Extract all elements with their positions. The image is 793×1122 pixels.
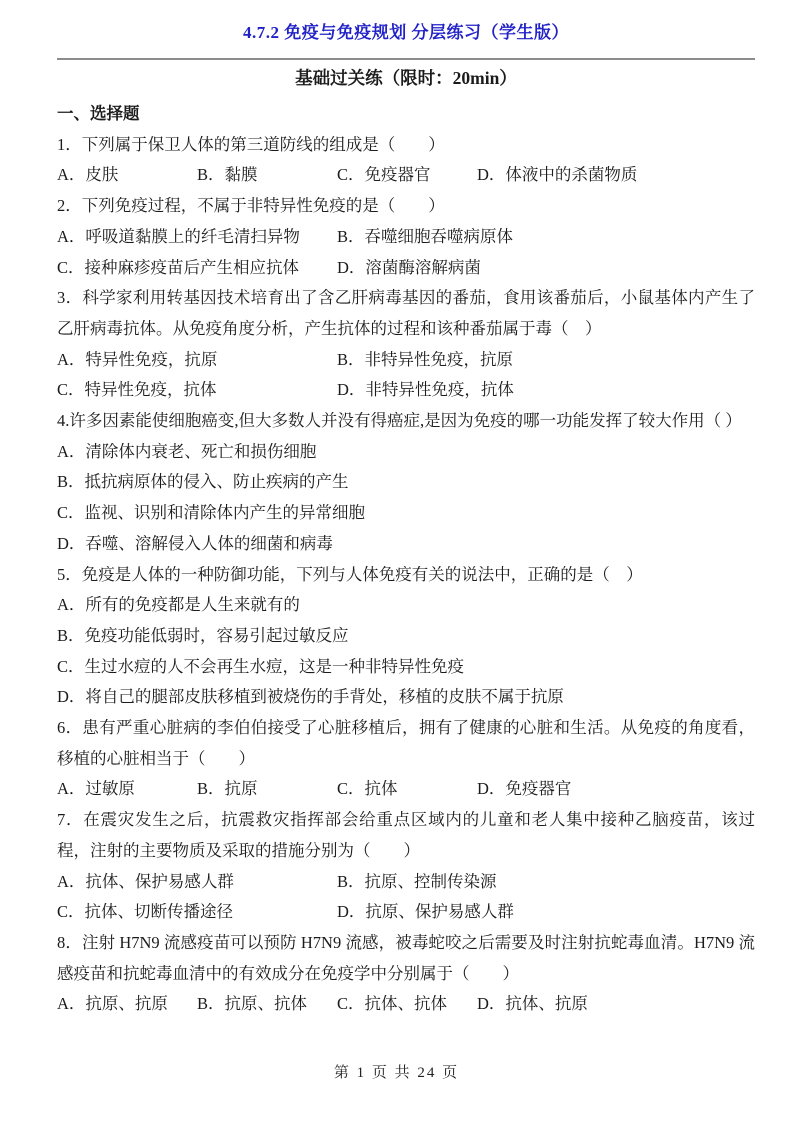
question-block-4: 4.许多因素能使细胞癌变,但大多数人并没有得癌症,是因为免疫的哪一功能发挥了较大…	[57, 406, 755, 560]
question-stem: 1．下列属于保卫人体的第三道防线的组成是（ ）	[57, 130, 755, 161]
part-heading: 一、选择题	[57, 99, 755, 130]
option: B．抗原	[197, 774, 337, 805]
question-block-5: 5．免疫是人体的一种防御功能，下列与人体免疫有关的说法中，正确的是（ ） A．所…	[57, 560, 755, 714]
option: A．呼吸道黏膜上的纤毛清扫异物	[57, 222, 337, 253]
options-row: A．呼吸道黏膜上的纤毛清扫异物 B．吞噬细胞吞噬病原体	[57, 222, 755, 253]
option: B．抗原、控制传染源	[337, 867, 755, 898]
question-stem: 5．免疫是人体的一种防御功能，下列与人体免疫有关的说法中，正确的是（ ）	[57, 560, 755, 591]
question-stem: 6．患有严重心脏病的李伯伯接受了心脏移植后，拥有了健康的心脏和生活。从免疫的角度…	[57, 713, 755, 774]
option: C．生过水痘的人不会再生水痘，这是一种非特异性免疫	[57, 652, 755, 683]
options-row: A．抗体、保护易感人群 B．抗原、控制传染源	[57, 867, 755, 898]
option: D．体液中的杀菌物质	[477, 160, 755, 191]
option: C．特异性免疫，抗体	[57, 375, 337, 406]
question-stem: 3．科学家利用转基因技术培育出了含乙肝病毒基因的番茄，食用该番茄后，小鼠基体内产…	[57, 283, 755, 344]
options-row: A．过敏原 B．抗原 C．抗体 D．免疫器官	[57, 774, 755, 805]
options-row: C．接种麻疹疫苗后产生相应抗体 D．溶菌酶溶解病菌	[57, 253, 755, 284]
question-block-7: 7．在震灾发生之后，抗震救灾指挥部会给重点区域内的儿童和老人集中接种乙脑疫苗，该…	[57, 805, 755, 928]
option: D．将自己的腿部皮肤移植到被烧伤的手背处，移植的皮肤不属于抗原	[57, 682, 755, 713]
option: A．过敏原	[57, 774, 197, 805]
option: C．抗体	[337, 774, 477, 805]
divider	[57, 58, 755, 60]
document-page: 4.7.2 免疫与免疫规划 分层练习（学生版） 基础过关练（限时：20min） …	[0, 0, 793, 1122]
option: D．抗原、保护易感人群	[337, 897, 755, 928]
options-row: A．特异性免疫，抗原 B．非特异性免疫，抗原	[57, 345, 755, 376]
option: A．抗原、抗原	[57, 989, 197, 1020]
option: D．非特异性免疫，抗体	[337, 375, 755, 406]
option: B．免疫功能低弱时，容易引起过敏反应	[57, 621, 755, 652]
question-block-1: 1．下列属于保卫人体的第三道防线的组成是（ ） A．皮肤 B．黏膜 C．免疫器官…	[57, 130, 755, 191]
page-footer: 第 1 页 共 24 页	[0, 1061, 793, 1082]
doc-title: 4.7.2 免疫与免疫规划 分层练习（学生版）	[57, 20, 755, 46]
question-stem: 8．注射 H7N9 流感疫苗可以预防 H7N9 流感，被毒蛇咬之后需要及时注射抗…	[57, 928, 755, 989]
option: B．抗原、抗体	[197, 989, 337, 1020]
option: C．接种麻疹疫苗后产生相应抗体	[57, 253, 337, 284]
option: C．抗体、抗体	[337, 989, 477, 1020]
option: A．抗体、保护易感人群	[57, 867, 337, 898]
option: C．免疫器官	[337, 160, 477, 191]
options-row: C．特异性免疫，抗体 D．非特异性免疫，抗体	[57, 375, 755, 406]
question-block-6: 6．患有严重心脏病的李伯伯接受了心脏移植后，拥有了健康的心脏和生活。从免疫的角度…	[57, 713, 755, 805]
question-block-3: 3．科学家利用转基因技术培育出了含乙肝病毒基因的番茄，食用该番茄后，小鼠基体内产…	[57, 283, 755, 406]
options-row: A．皮肤 B．黏膜 C．免疫器官 D．体液中的杀菌物质	[57, 160, 755, 191]
option: B．黏膜	[197, 160, 337, 191]
option: B．吞噬细胞吞噬病原体	[337, 222, 755, 253]
question-stem: 4.许多因素能使细胞癌变,但大多数人并没有得癌症,是因为免疫的哪一功能发挥了较大…	[57, 406, 755, 437]
option: A．特异性免疫，抗原	[57, 345, 337, 376]
question-block-2: 2．下列免疫过程，不属于非特异性免疫的是（ ） A．呼吸道黏膜上的纤毛清扫异物 …	[57, 191, 755, 283]
option: D．抗体、抗原	[477, 989, 755, 1020]
option: A．皮肤	[57, 160, 197, 191]
option: D．溶菌酶溶解病菌	[337, 253, 755, 284]
option: A．所有的免疫都是人生来就有的	[57, 590, 755, 621]
options-row: C．抗体、切断传播途径 D．抗原、保护易感人群	[57, 897, 755, 928]
question-stem: 7．在震灾发生之后，抗震救灾指挥部会给重点区域内的儿童和老人集中接种乙脑疫苗，该…	[57, 805, 755, 866]
question-block-8: 8．注射 H7N9 流感疫苗可以预防 H7N9 流感，被毒蛇咬之后需要及时注射抗…	[57, 928, 755, 1020]
option: B．抵抗病原体的侵入、防止疾病的产生	[57, 467, 755, 498]
option: D．吞噬、溶解侵入人体的细菌和病毒	[57, 529, 755, 560]
options-row: A．抗原、抗原 B．抗原、抗体 C．抗体、抗体 D．抗体、抗原	[57, 989, 755, 1020]
option: A．清除体内衰老、死亡和损伤细胞	[57, 437, 755, 468]
option: C．抗体、切断传播途径	[57, 897, 337, 928]
option: D．免疫器官	[477, 774, 755, 805]
section-subtitle: 基础过关练（限时：20min）	[57, 63, 755, 93]
option: C．监视、识别和清除体内产生的异常细胞	[57, 498, 755, 529]
option: B．非特异性免疫，抗原	[337, 345, 755, 376]
document-body: 一、选择题 1．下列属于保卫人体的第三道防线的组成是（ ） A．皮肤 B．黏膜 …	[57, 99, 755, 1020]
question-stem: 2．下列免疫过程，不属于非特异性免疫的是（ ）	[57, 191, 755, 222]
